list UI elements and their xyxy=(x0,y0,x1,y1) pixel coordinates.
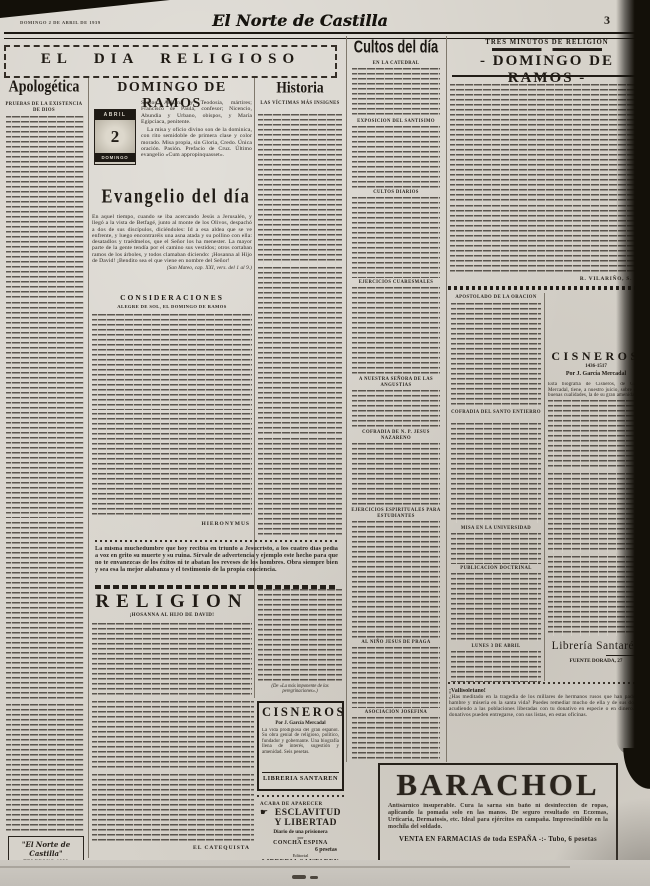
title-rule xyxy=(452,75,642,77)
calendar-icon: ABRIL 2 DOMINGO xyxy=(94,109,136,165)
masthead-title: El Norte de Castilla xyxy=(190,11,410,30)
text-noise xyxy=(92,774,254,842)
text-noise xyxy=(6,302,84,518)
esclavitud-title-2: Y LIBERTAD xyxy=(260,818,341,828)
religion-subtitle: ¡HOSANNA AL HIJO DE DAVID! xyxy=(90,613,254,619)
text-noise xyxy=(92,623,252,698)
cultos-head: EXPOSICION DEL SANTISIMO xyxy=(350,119,442,125)
text-noise xyxy=(352,68,440,117)
cisneros-ad-title: CISNEROS xyxy=(262,705,339,720)
evangelio-body: En aquel tiempo, cuando se iba acercando… xyxy=(92,214,252,288)
scan-corner-wedge xyxy=(0,0,170,18)
scan-edge-band xyxy=(616,0,650,756)
text-noise xyxy=(451,533,541,564)
historia-title: Historia xyxy=(256,79,344,97)
text-noise xyxy=(352,647,440,708)
historia-cite: (De «La más imponente de las peregrinaci… xyxy=(258,684,342,694)
consideraciones-title: CONSIDERACIONES xyxy=(90,293,254,302)
bottom-edge-line xyxy=(0,866,570,868)
text-noise xyxy=(258,589,342,681)
calendar-month: ABRIL xyxy=(95,110,135,120)
cultos-head: CULTOS DIARIOS xyxy=(350,190,442,196)
divider xyxy=(95,540,338,542)
column-rule xyxy=(346,36,347,762)
right-col-head: MISA EN LA UNIVERSIDAD xyxy=(450,526,542,532)
text-noise xyxy=(451,423,541,523)
cultos-head: EJERCICIOS ESPIRITUALES PARA ESTUDIANTES xyxy=(350,508,442,519)
cisneros-ad-shop: LIBRERIA SANTAREN xyxy=(262,772,339,782)
text-noise xyxy=(92,314,252,410)
text-noise xyxy=(6,522,84,700)
text-noise xyxy=(92,413,252,517)
text-noise xyxy=(6,704,84,832)
masthead-rule xyxy=(4,32,648,39)
hieronymus-signature: HIERONYMUS xyxy=(92,521,250,527)
cisneros-ad-box: CISNEROS Por J. García Mercadal La vida … xyxy=(257,701,344,791)
moral-paragraph: La misma muchedumbre que hoy recibía en … xyxy=(95,546,338,582)
religion-title: RELIGION xyxy=(90,591,254,613)
cultos-head: EN LA CATEDRAL xyxy=(350,61,442,67)
kicker-underline xyxy=(492,48,602,51)
column-rule xyxy=(544,293,545,681)
right-col-head: COFRADIA DEL SANTO ENTIERRO xyxy=(450,410,542,416)
text-noise xyxy=(6,116,84,298)
text-noise xyxy=(450,205,642,273)
cultos-head: ASOCIACION JOSEFINA xyxy=(350,710,442,716)
santoral-text: Santos Auliana y Teodosia, mártires; Fra… xyxy=(141,100,252,125)
cultos-title: Cultos del día xyxy=(352,36,440,56)
scan-speck xyxy=(292,875,306,879)
cultos-head: A NUESTRA SEÑORA DE LAS ANGUSTIAS xyxy=(350,377,442,388)
calendar-weekday: DOMINGO xyxy=(95,153,135,162)
text-noise xyxy=(352,443,440,506)
banner-box: EL DIA RELIGIOSO xyxy=(4,45,337,78)
banner-title: EL DIA RELIGIOSO xyxy=(6,47,335,72)
catequista-signature: EL CATEQUISTA xyxy=(92,845,250,851)
text-noise xyxy=(451,573,541,641)
text-noise xyxy=(92,701,254,771)
cultos-head: COFRADIA DE N. P. JESUS NAZARENO xyxy=(350,430,442,441)
text-noise xyxy=(258,114,342,264)
text-noise xyxy=(451,303,541,408)
dateline: DOMINGO 2 DE ABRIL DE 1939 xyxy=(20,20,190,25)
consideraciones-subtitle: ALEGRE DE SOL, EL DOMINGO DE RAMOS xyxy=(90,304,254,310)
apologetica-title: Apologética xyxy=(2,78,86,97)
text-noise xyxy=(352,197,440,278)
pointer-hand-icon: ☛ xyxy=(260,808,268,818)
text-noise xyxy=(450,84,642,202)
historia-subtitle: LAS VÍCTIMAS MÁS INSIGNES xyxy=(258,101,342,107)
cisneros-ad-byline: Por J. García Mercadal xyxy=(262,721,339,726)
text-noise xyxy=(258,438,342,536)
right-col-head: PUBLICACION DOCTRINAL xyxy=(450,566,542,572)
newspaper-page: DOMINGO 2 DE ABRIL DE 1939 El Norte de C… xyxy=(0,0,650,886)
right-col-head: APOSTOLADO DE LA ORACION xyxy=(450,295,542,301)
misa-text: La misa y oficio divino son de la domini… xyxy=(141,127,252,158)
calendar-day: 2 xyxy=(95,120,135,153)
scan-speck xyxy=(310,876,318,879)
text-noise xyxy=(352,390,440,428)
evangelio-cite: (San Mateo, cap. XXI, vers. del 1 al 9.) xyxy=(92,265,252,271)
text-noise xyxy=(352,287,440,375)
column-rule xyxy=(88,78,89,858)
bottom-strip xyxy=(0,860,650,886)
page-number: 3 xyxy=(598,13,616,28)
esclavitud-kicker: ACABA DE APARECER xyxy=(260,802,341,807)
text-noise xyxy=(258,267,342,434)
cultos-head: AL NIÑO JESUS DE PRAGA xyxy=(350,640,442,646)
esclavitud-author: CONCHA ESPINA xyxy=(260,840,341,846)
evangelio-title: Evangelio del día xyxy=(101,185,242,209)
column-rule xyxy=(446,36,447,762)
evangelio-text: En aquel tiempo, cuando se iba acercando… xyxy=(92,214,252,264)
cisneros-ad-body: La vida prodigiosa del gran español. Su … xyxy=(262,728,339,770)
column-rule xyxy=(254,78,255,698)
cultos-head: EJERCICIOS CUARESMALES xyxy=(350,280,442,286)
text-noise xyxy=(352,126,440,188)
text-noise xyxy=(352,521,440,638)
text-noise xyxy=(451,651,541,682)
norte-footer-name: "El Norte de Castilla" xyxy=(9,840,83,858)
vilarino-signature: R. VILARIÑO, S. J. xyxy=(450,276,640,282)
right-col-head: LUNES 3 DE ABRIL xyxy=(450,644,542,650)
santoral-block: ABRIL 2 DOMINGO Santos Auliana y Teodosi… xyxy=(92,100,252,186)
text-noise xyxy=(352,717,440,759)
divider xyxy=(257,795,344,797)
apologetica-subtitle: PRUEBAS DE LA EXISTENCIA DE DIOS xyxy=(4,102,84,113)
esclavitud-title-1: ESCLAVITUD xyxy=(275,808,341,818)
